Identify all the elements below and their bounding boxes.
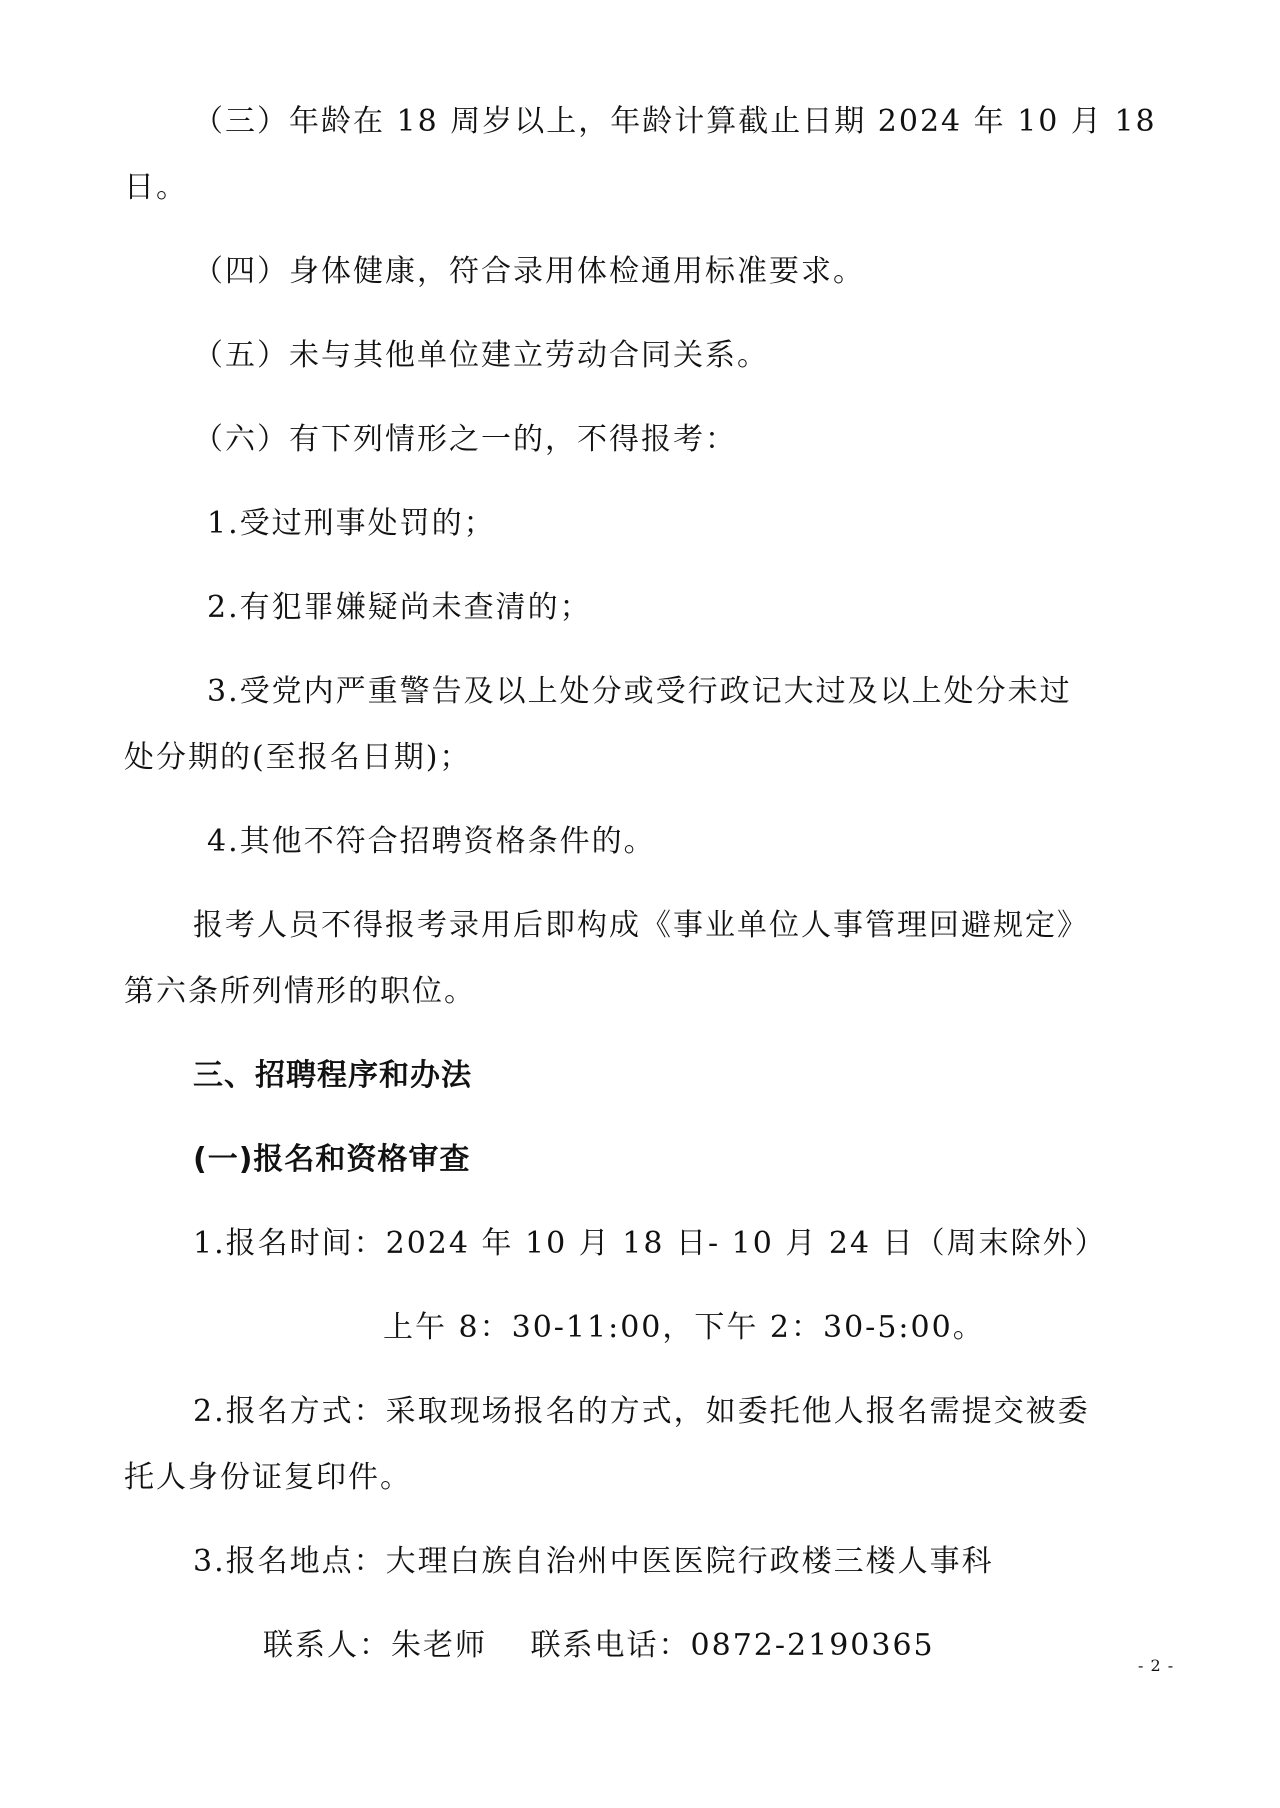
exclusion-item-2: 2.有犯罪嫌疑尚未查清的； <box>207 590 592 626</box>
registration-location: 3.报名地点：大理白族自治州中医医院行政楼三楼人事科 <box>193 1544 994 1580</box>
exclusion-item-3-line1: 3.受党内严重警告及以上处分或受行政记大过及以上处分未过 <box>207 674 1072 710</box>
requirement-3-age-line2: 日。 <box>124 170 188 206</box>
avoidance-rule-line2: 第六条所列情形的职位。 <box>124 974 476 1010</box>
exclusion-item-4: 4.其他不符合招聘资格条件的。 <box>207 824 656 860</box>
requirement-4-health: （四）身体健康，符合录用体检通用标准要求。 <box>193 254 865 290</box>
requirement-3-age-line1: （三）年龄在 18 周岁以上，年龄计算截止日期 2024 年 10 月 18 <box>193 104 1157 140</box>
avoidance-rule-line1: 报考人员不得报考录用后即构成《事业单位人事管理回避规定》 <box>193 908 1089 944</box>
exclusion-item-1: 1.受过刑事处罚的； <box>207 506 496 542</box>
registration-hours: 上午 8：30-11:00，下午 2：30-5:00。 <box>383 1310 985 1346</box>
subsection-heading-registration: (一)报名和资格审查 <box>193 1142 470 1178</box>
registration-time: 1.报名时间：2024 年 10 月 18 日- 10 月 24 日（周末除外） <box>193 1226 1107 1262</box>
page-number: - 2 - <box>1138 1656 1174 1676</box>
registration-method-line2: 托人身份证复印件。 <box>124 1460 412 1496</box>
exclusion-item-3-line2: 处分期的(至报名日期)； <box>124 740 471 776</box>
section-heading-procedure: 三、招聘程序和办法 <box>193 1058 472 1094</box>
registration-method-line1: 2.报名方式：采取现场报名的方式，如委托他人报名需提交被委 <box>193 1394 1090 1430</box>
contact-info: 联系人：朱老师 联系电话：0872-2190365 <box>263 1628 935 1664</box>
requirement-5-contract: （五）未与其他单位建立劳动合同关系。 <box>193 338 769 374</box>
requirement-6-exclusions: （六）有下列情形之一的，不得报考： <box>193 422 737 458</box>
